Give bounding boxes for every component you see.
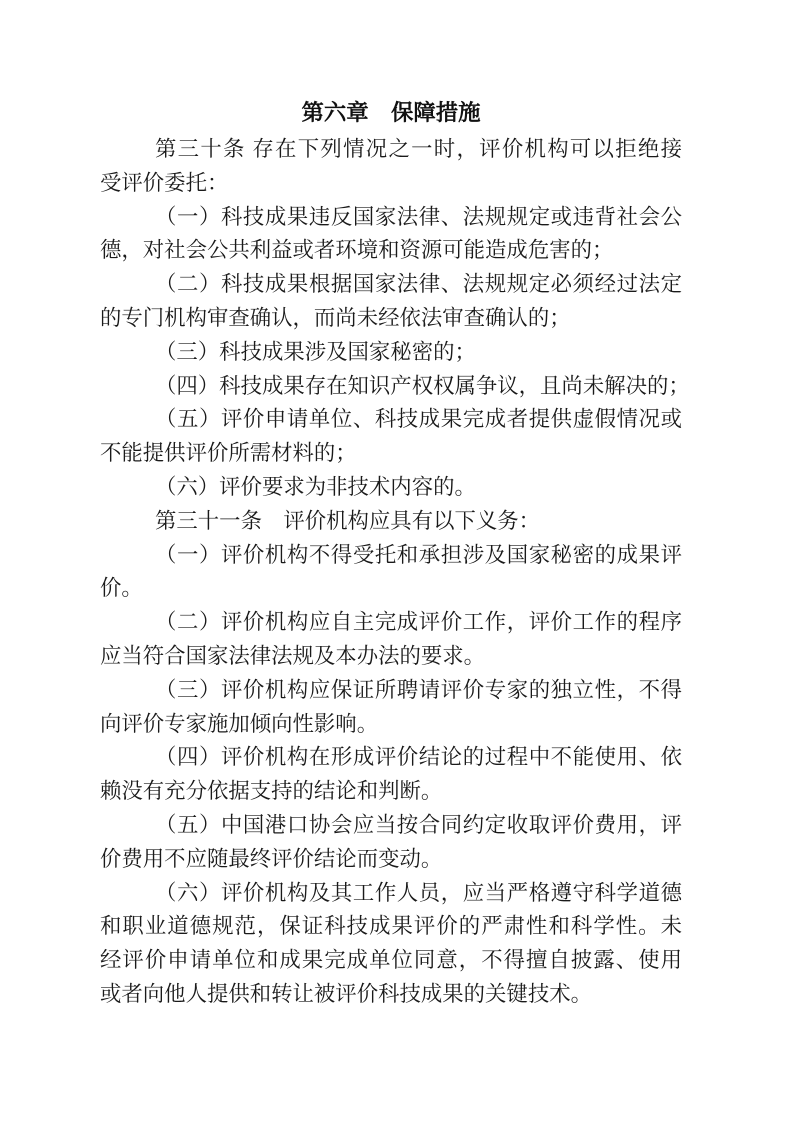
text-line: （六）评价机构及其工作人员，应当严格遵守科学道德 [100, 877, 682, 911]
article-30-item-1: （一）科技成果违反国家法律、法规规定或违背社会公德，对社会公共利益或者环境和资源… [100, 201, 682, 269]
text-line: 赖没有充分依据支持的结论和判断。 [100, 775, 682, 809]
text-line: （二）科技成果根据国家法律、法规规定必须经过法定 [100, 268, 682, 302]
text-line: （一）评价机构不得受托和承担涉及国家秘密的成果评 [100, 539, 682, 573]
text-line: 价。 [100, 572, 682, 606]
text-line: （六）评价要求为非技术内容的。 [100, 471, 682, 505]
text-line: 或者向他人提供和转让被评价科技成果的关键技术。 [100, 978, 682, 1012]
text-line: （四）评价机构在形成评价结论的过程中不能使用、依 [100, 741, 682, 775]
article-30-item-3: （三）科技成果涉及国家秘密的； [100, 336, 682, 370]
text-line: 应当符合国家法律法规及本办法的要求。 [100, 640, 682, 674]
article-31-item-3: （三）评价机构应保证所聘请评价专家的独立性，不得向评价专家施加倾向性影响。 [100, 674, 682, 742]
chapter-heading: 第六章 保障措施 [100, 96, 682, 130]
text-line: （五）中国港口协会应当按合同约定收取评价费用，评 [100, 809, 682, 843]
article-30-item-6: （六）评价要求为非技术内容的。 [100, 471, 682, 505]
article-31-intro: 第三十一条 评价机构应具有以下义务： [100, 505, 682, 539]
text-line: 第三十一条 评价机构应具有以下义务： [100, 505, 682, 539]
text-line: 和职业道德规范，保证科技成果评价的严肃性和科学性。未 [100, 910, 682, 944]
article-31-item-5: （五）中国港口协会应当按合同约定收取评价费用，评价费用不应随最终评价结论而变动。 [100, 809, 682, 877]
document-body: 第三十条 存在下列情况之一时，评价机构可以拒绝接受评价委托：（一）科技成果违反国… [100, 133, 682, 1012]
text-line: 价费用不应随最终评价结论而变动。 [100, 843, 682, 877]
text-line: 不能提供评价所需材料的； [100, 437, 682, 471]
article-31-item-4: （四）评价机构在形成评价结论的过程中不能使用、依赖没有充分依据支持的结论和判断。 [100, 741, 682, 809]
text-line: 经评价申请单位和成果完成单位同意，不得擅自披露、使用 [100, 944, 682, 978]
text-line: 第三十条 存在下列情况之一时，评价机构可以拒绝接 [100, 133, 682, 167]
text-line: （三）评价机构应保证所聘请评价专家的独立性，不得 [100, 674, 682, 708]
article-31-item-1: （一）评价机构不得受托和承担涉及国家秘密的成果评价。 [100, 539, 682, 607]
text-line: （五）评价申请单位、科技成果完成者提供虚假情况或 [100, 403, 682, 437]
text-line: （四）科技成果存在知识产权权属争议，且尚未解决的； [100, 370, 682, 404]
text-line: （二）评价机构应自主完成评价工作，评价工作的程序 [100, 606, 682, 640]
article-30-item-2: （二）科技成果根据国家法律、法规规定必须经过法定的专门机构审查确认，而尚未经依法… [100, 268, 682, 336]
article-30-intro: 第三十条 存在下列情况之一时，评价机构可以拒绝接受评价委托： [100, 133, 682, 201]
text-line: （一）科技成果违反国家法律、法规规定或违背社会公 [100, 201, 682, 235]
document-page: 第六章 保障措施 第三十条 存在下列情况之一时，评价机构可以拒绝接受评价委托：（… [0, 0, 794, 1123]
article-30-item-4: （四）科技成果存在知识产权权属争议，且尚未解决的； [100, 370, 682, 404]
document-content: 第六章 保障措施 第三十条 存在下列情况之一时，评价机构可以拒绝接受评价委托：（… [100, 96, 682, 1012]
text-line: （三）科技成果涉及国家秘密的； [100, 336, 682, 370]
text-line: 受评价委托： [100, 167, 682, 201]
article-31-item-6: （六）评价机构及其工作人员，应当严格遵守科学道德和职业道德规范，保证科技成果评价… [100, 877, 682, 1012]
text-line: 向评价专家施加倾向性影响。 [100, 708, 682, 742]
article-30-item-5: （五）评价申请单位、科技成果完成者提供虚假情况或不能提供评价所需材料的； [100, 403, 682, 471]
article-31-item-2: （二）评价机构应自主完成评价工作，评价工作的程序应当符合国家法律法规及本办法的要… [100, 606, 682, 674]
text-line: 的专门机构审查确认，而尚未经依法审查确认的； [100, 302, 682, 336]
text-line: 德，对社会公共利益或者环境和资源可能造成危害的； [100, 234, 682, 268]
